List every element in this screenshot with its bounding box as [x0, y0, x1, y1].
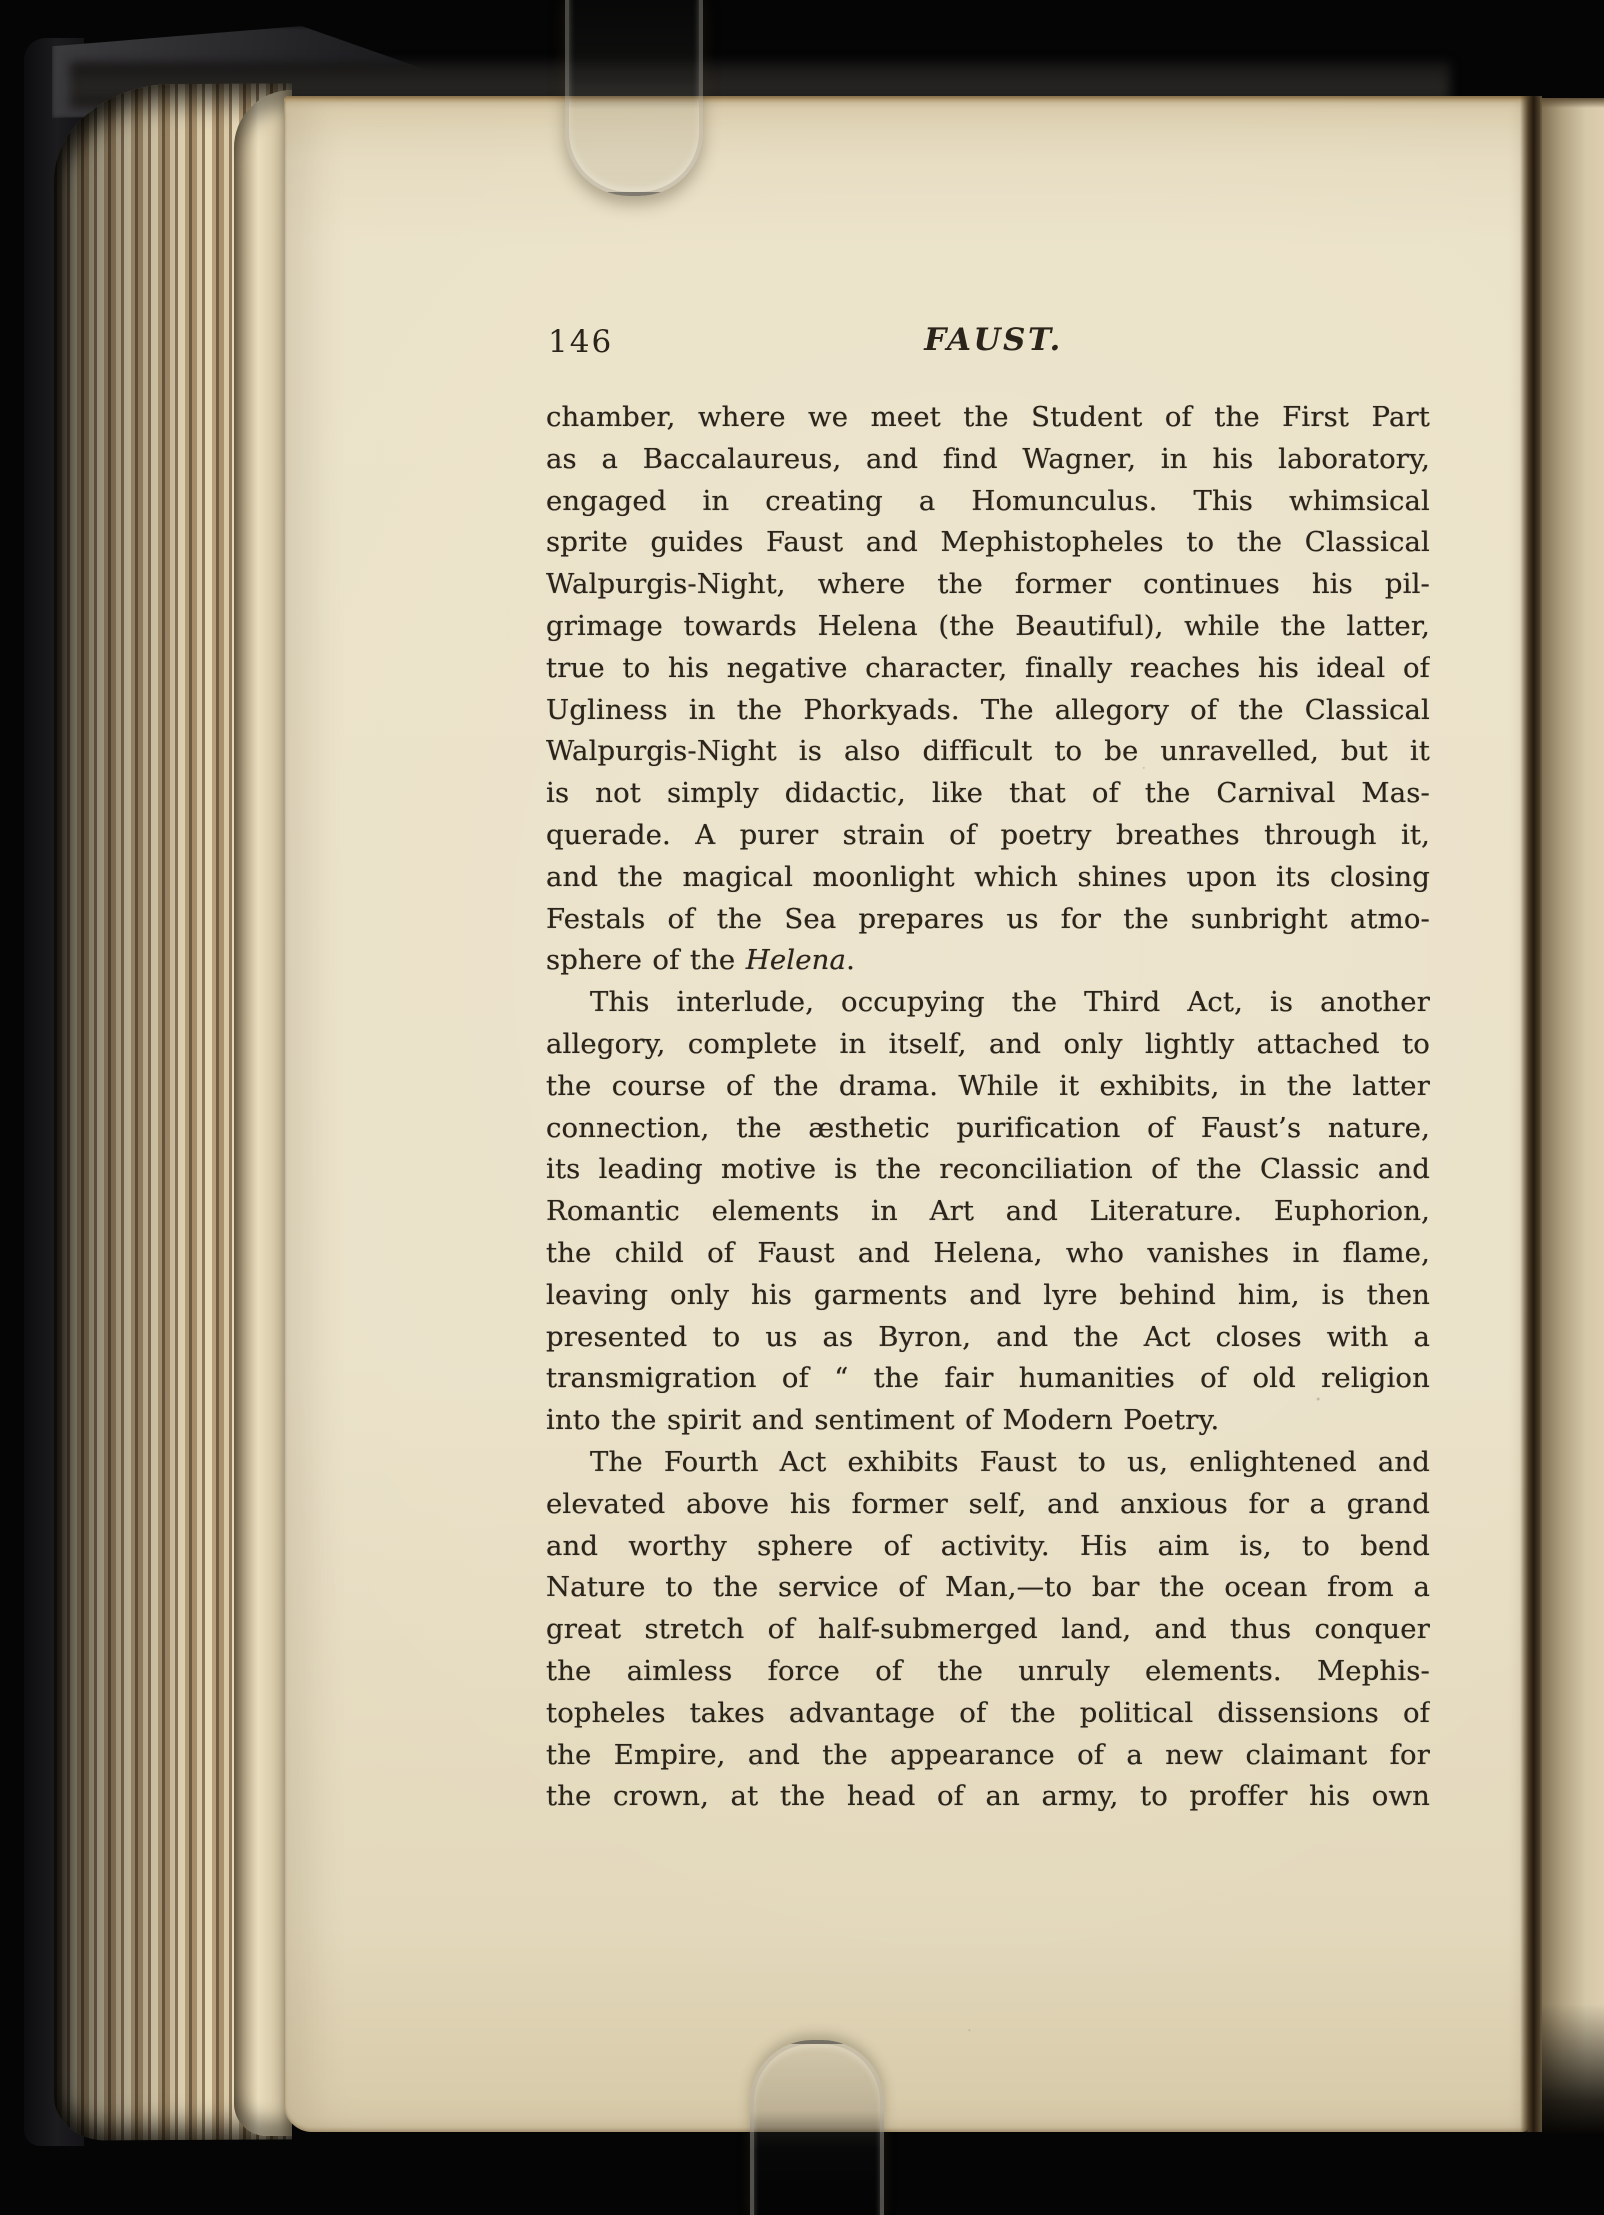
text-line: engaged in creating a Homunculus. This w…: [546, 481, 1430, 523]
text-line: The Fourth Act exhibits Faust to us, enl…: [546, 1442, 1430, 1484]
text-line: Nature to the service of Man,—to bar the…: [546, 1567, 1430, 1609]
text-line: the Empire, and the appearance of a new …: [546, 1735, 1430, 1777]
text-line: and the magical moonlight which shines u…: [546, 857, 1430, 899]
text-line: is not simply didactic, like that of the…: [546, 773, 1430, 815]
book-page: 146 FAUST. chamber, where we meet the St…: [284, 96, 1530, 2132]
text-line: into the spirit and sentiment of Modern …: [546, 1400, 1430, 1442]
text-line: topheles takes advantage of the politica…: [546, 1693, 1430, 1735]
page-text: chamber, where we meet the Student of th…: [546, 397, 1430, 1818]
text-line: its leading motive is the reconciliation…: [546, 1149, 1430, 1191]
page-number: 146: [548, 324, 613, 360]
text-line: sphere of the Helena.: [546, 940, 1430, 982]
book-holder-strap-bottom: [750, 2040, 884, 2215]
text-line: the course of the drama. While it exhibi…: [546, 1066, 1430, 1108]
text-line: true to his negative character, finally …: [546, 648, 1430, 690]
text-line: the child of Faust and Helena, who vanis…: [546, 1233, 1430, 1275]
text-line: Ugliness in the Phorkyads. The allegory …: [546, 690, 1430, 732]
text-line: sprite guides Faust and Mephistopheles t…: [546, 522, 1430, 564]
text-line: and worthy sphere of activity. His aim i…: [546, 1526, 1430, 1568]
text-line: chamber, where we meet the Student of th…: [546, 397, 1430, 439]
text-line: grimage towards Helena (the Beautiful), …: [546, 606, 1430, 648]
text-line: transmigration of “ the fair humanities …: [546, 1358, 1430, 1400]
text-line: Festals of the Sea prepares us for the s…: [546, 899, 1430, 941]
text-line: as a Baccalaureus, and find Wagner, in h…: [546, 439, 1430, 481]
text-line: great stretch of half-submerged land, an…: [546, 1609, 1430, 1651]
running-title: FAUST.: [924, 322, 1063, 358]
text-line: Walpurgis-Night, where the former contin…: [546, 564, 1430, 606]
book-photo: 146 FAUST. chamber, where we meet the St…: [0, 0, 1604, 2215]
text-line: Walpurgis-Night is also difficult to be …: [546, 731, 1430, 773]
facing-page-edge: [1540, 98, 1604, 2134]
text-line: elevated above his former self, and anxi…: [546, 1484, 1430, 1526]
text-line: Romantic elements in Art and Literature.…: [546, 1191, 1430, 1233]
text-line: connection, the æsthetic purification of…: [546, 1108, 1430, 1150]
gutter-crease: [1520, 96, 1542, 2132]
text-line: querade. A purer strain of poetry breath…: [546, 815, 1430, 857]
page-header: 146 FAUST.: [546, 320, 1430, 374]
text-line: the aimless force of the unruly elements…: [546, 1651, 1430, 1693]
text-line: presented to us as Byron, and the Act cl…: [546, 1317, 1430, 1359]
text-line: allegory, complete in itself, and only l…: [546, 1024, 1430, 1066]
text-line: This interlude, occupying the Third Act,…: [546, 982, 1430, 1024]
text-line: leaving only his garments and lyre behin…: [546, 1275, 1430, 1317]
text-line: the crown, at the head of an army, to pr…: [546, 1776, 1430, 1818]
book-holder-strap-top: [565, 0, 703, 196]
